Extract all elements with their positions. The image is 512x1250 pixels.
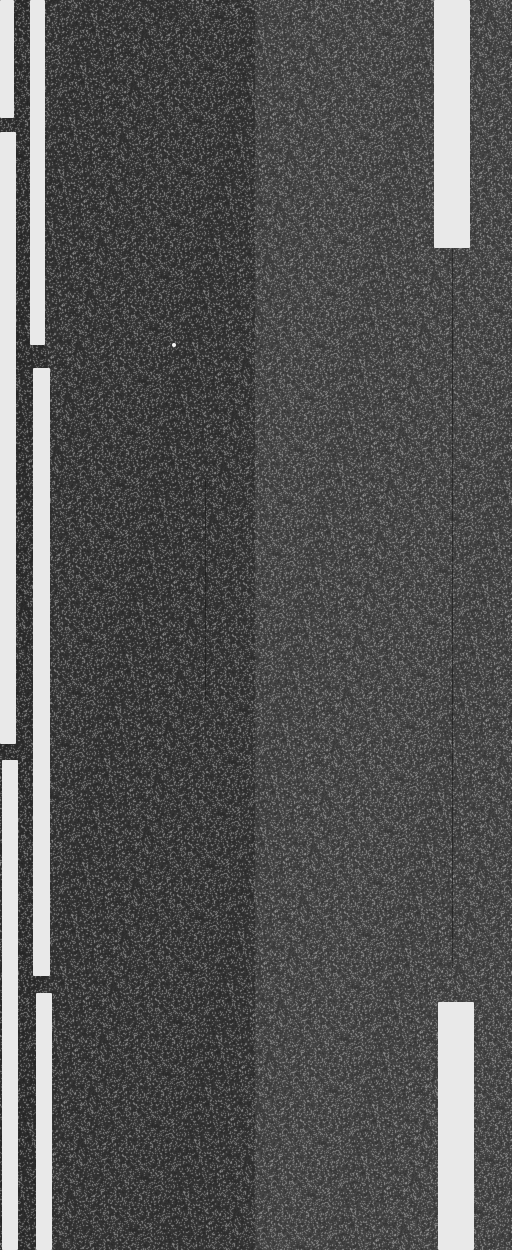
right-lane-dash-top (434, 0, 470, 248)
left-edge-line-outer-upper (0, 0, 14, 118)
pavement-crack (205, 480, 206, 700)
left-edge-line-inner-upper (30, 0, 45, 345)
debris-speck (172, 343, 176, 347)
left-edge-line-outer-mid (0, 132, 16, 744)
left-edge-line-inner-mid (33, 368, 50, 976)
right-lane-dash-bottom (438, 1002, 474, 1250)
road-surface (0, 0, 512, 1250)
pavement-crack (452, 248, 453, 968)
left-edge-line-outer-lower (2, 760, 18, 1250)
left-edge-line-inner-lower (36, 993, 52, 1250)
